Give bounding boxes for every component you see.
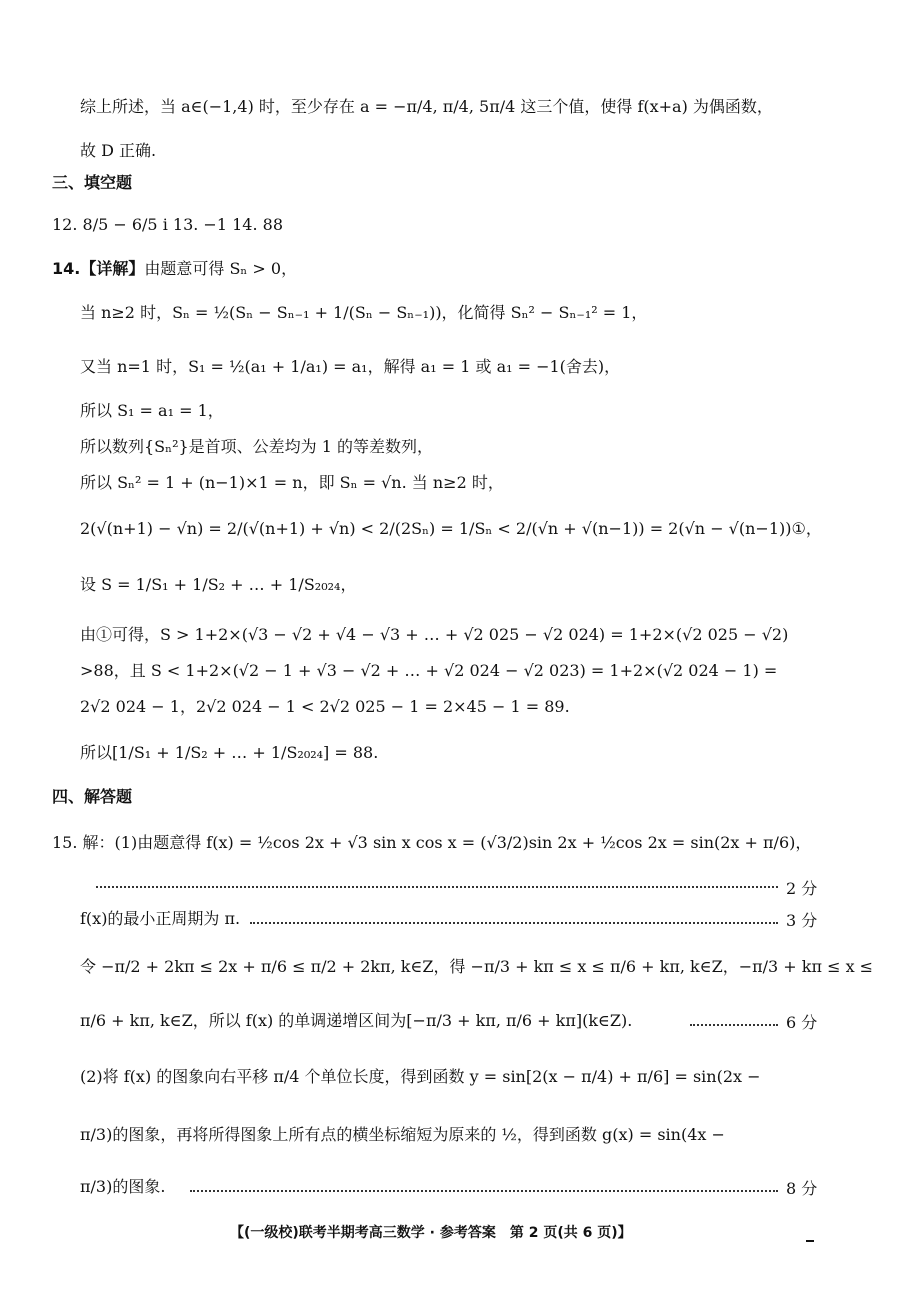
q14-label: 14.【详解】 [52,259,144,278]
dot-leader [190,1190,778,1192]
score-3: 3 分 [786,908,817,931]
q14-line-1: 当 n≥2 时，Sₙ = ½(Sₙ − Sₙ₋₁ + 1/(Sₙ − Sₙ₋₁)… [80,302,647,324]
q15-line-3: 令 −π/2 + 2kπ ≤ 2x + π/6 ≤ π/2 + 2kπ, k∈Z… [80,956,873,978]
q15-line-5: (2)将 f(x) 的图象向右平移 π/4 个单位长度，得到函数 y = sin… [80,1066,761,1088]
score-8: 8 分 [786,1176,817,1199]
q15-line-6: π/3)的图象，再将所得图象上所有点的横坐标缩短为原来的 ½，得到函数 g(x)… [80,1124,725,1146]
q14-line-7: 设 S = 1/S₁ + 1/S₂ + … + 1/S₂₀₂₄， [80,574,356,596]
fill-in-answers: 12. 8/5 − 6/5 i 13. −1 14. 88 [52,214,283,236]
q14-line-5: 所以 Sₙ² = 1 + (n−1)×1 = n，即 Sₙ = √n. 当 n≥… [80,472,504,494]
dot-leader [250,922,778,924]
q15-label: 15. [52,833,77,852]
dot-leader [96,886,778,888]
intro-line-2: 故 D 正确. [80,140,156,162]
q15-line-4: π/6 + kπ, k∈Z，所以 f(x) 的单调递增区间为[−π/3 + kπ… [80,1010,632,1032]
q14-line-2: 又当 n=1 时，S₁ = ½(a₁ + 1/a₁) = a₁，解得 a₁ = … [80,356,620,378]
q14-line-9: >88，且 S < 1+2×(√2 − 1 + √3 − √2 + … + √2… [80,660,777,682]
q14-line-3: 所以 S₁ = a₁ = 1， [80,400,224,422]
section-heading-fill-in: 三、填空题 [52,172,132,194]
page-footer: 【(一级校)联考半期考高三数学 · 参考答案 第 2 页(共 6 页)】 [230,1222,632,1244]
q15-line-7: π/3)的图象. [80,1176,165,1198]
q14-first-line: 14.【详解】由题意可得 Sₙ > 0， [52,258,297,280]
footer-mark [806,1240,814,1242]
q14-line-0: 由题意可得 Sₙ > 0， [144,259,297,278]
q15-line-1-row: 15. 解：(1)由题意得 f(x) = ½cos 2x + √3 sin x … [52,832,811,854]
dot-leader [690,1024,778,1026]
q15-line-1: 解：(1)由题意得 f(x) = ½cos 2x + √3 sin x cos … [83,833,812,852]
score-2: 2 分 [786,876,817,899]
intro-line-1: 综上所述，当 a∈(−1,4) 时，至少存在 a = −π/4, π/4, 5π… [80,96,773,118]
q14-line-11: 所以[1/S₁ + 1/S₂ + … + 1/S₂₀₂₄] = 88. [80,742,378,764]
q15-line-2: f(x)的最小正周期为 π. [80,908,240,930]
q14-line-10: 2√2 024 − 1，2√2 024 − 1 < 2√2 025 − 1 = … [80,696,570,718]
section-heading-solutions: 四、解答题 [52,786,132,808]
q14-line-8: 由①可得，S > 1+2×(√3 − √2 + √4 − √3 + … + √2… [80,624,788,646]
q14-line-6: 2(√(n+1) − √n) = 2/(√(n+1) + √n) < 2/(2S… [80,518,822,540]
q14-line-4: 所以数列{Sₙ²}是首项、公差均为 1 的等差数列， [80,436,433,458]
score-6: 6 分 [786,1010,817,1033]
